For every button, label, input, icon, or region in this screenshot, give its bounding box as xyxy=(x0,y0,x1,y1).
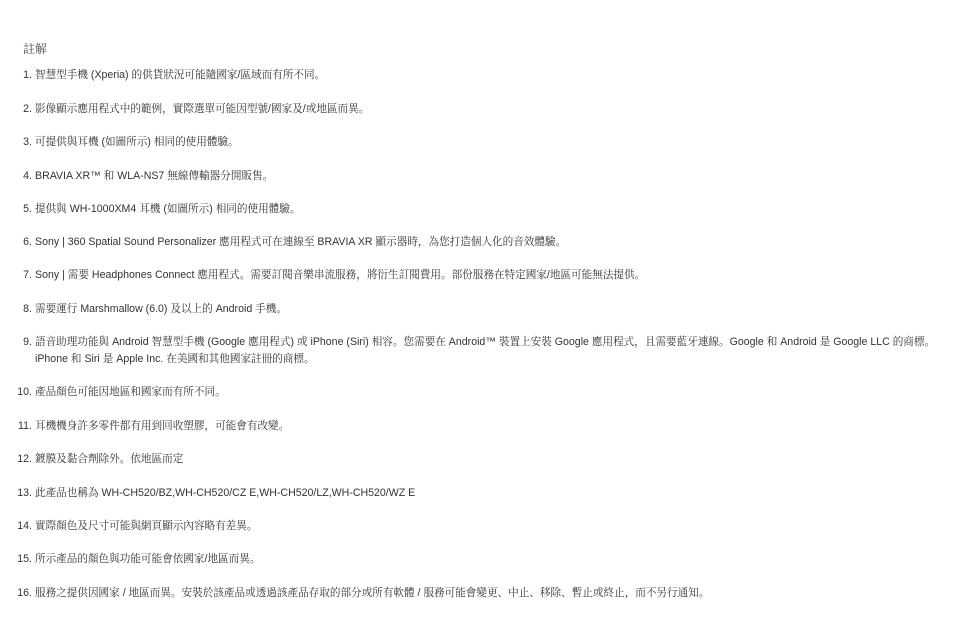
note-text: 語音助理功能與 Android 智慧型手機 (Google 應用程式) 或 iP… xyxy=(35,334,950,367)
note-item-11: 11. 耳機機身許多零件都有用到回收塑膠，可能會有改變。 xyxy=(0,418,950,435)
note-item-1: 1. 智慧型手機 (Xperia) 的供貨狀況可能隨國家/區域而有所不同。 xyxy=(0,67,950,84)
note-text: 可提供與耳機 (如圖所示) 相同的使用體驗。 xyxy=(35,134,950,151)
note-number: 16. xyxy=(0,585,35,602)
note-text: 需要運行 Marshmallow (6.0) 及以上的 Android 手機。 xyxy=(35,301,950,318)
note-text: 提供與 WH-1000XM4 耳機 (如圖所示) 相同的使用體驗。 xyxy=(35,201,950,218)
note-text: 影像顯示應用程式中的範例，實際選單可能因型號/國家及/或地區而異。 xyxy=(35,101,950,118)
note-number: 12. xyxy=(0,451,35,468)
note-item-3: 3. 可提供與耳機 (如圖所示) 相同的使用體驗。 xyxy=(0,134,950,151)
note-text: Sony | 需要 Headphones Connect 應用程式。需要訂閱音樂… xyxy=(35,267,950,284)
note-item-12: 12. 鍍膜及黏合劑除外。依地區而定 xyxy=(0,451,950,468)
note-number: 14. xyxy=(0,518,35,535)
note-text: BRAVIA XR™ 和 WLA-NS7 無線傳輸器分開販售。 xyxy=(35,168,950,185)
note-item-2: 2. 影像顯示應用程式中的範例，實際選單可能因型號/國家及/或地區而異。 xyxy=(0,101,950,118)
notes-title: 註解 xyxy=(23,41,47,57)
note-item-10: 10. 產品顏色可能因地區和國家而有所不同。 xyxy=(0,384,950,401)
note-number: 3. xyxy=(0,134,35,151)
note-number: 2. xyxy=(0,101,35,118)
note-item-13: 13. 此產品也稱為 WH-CH520/BZ,WH-CH520/CZ E,WH-… xyxy=(0,485,950,502)
note-text: 服務之提供因國家 / 地區而異。安裝於該產品或透過該產品存取的部分或所有軟體 /… xyxy=(35,585,950,602)
note-number: 15. xyxy=(0,551,35,568)
note-number: 1. xyxy=(0,67,35,84)
note-number: 9. xyxy=(0,334,35,367)
note-item-5: 5. 提供與 WH-1000XM4 耳機 (如圖所示) 相同的使用體驗。 xyxy=(0,201,950,218)
note-item-15: 15. 所示產品的顏色與功能可能會依國家/地區而異。 xyxy=(0,551,950,568)
note-number: 10. xyxy=(0,384,35,401)
note-item-6: 6. Sony | 360 Spatial Sound Personalizer… xyxy=(0,234,950,251)
note-text: 此產品也稱為 WH-CH520/BZ,WH-CH520/CZ E,WH-CH52… xyxy=(35,485,950,502)
note-number: 11. xyxy=(0,418,35,435)
note-item-9: 9. 語音助理功能與 Android 智慧型手機 (Google 應用程式) 或… xyxy=(0,334,950,367)
note-text: 耳機機身許多零件都有用到回收塑膠，可能會有改變。 xyxy=(35,418,950,435)
note-number: 7. xyxy=(0,267,35,284)
note-item-8: 8. 需要運行 Marshmallow (6.0) 及以上的 Android 手… xyxy=(0,301,950,318)
note-text: 鍍膜及黏合劑除外。依地區而定 xyxy=(35,451,950,468)
note-text: 所示產品的顏色與功能可能會依國家/地區而異。 xyxy=(35,551,950,568)
note-number: 13. xyxy=(0,485,35,502)
note-item-16: 16. 服務之提供因國家 / 地區而異。安裝於該產品或透過該產品存取的部分或所有… xyxy=(0,585,950,602)
note-number: 6. xyxy=(0,234,35,251)
note-item-7: 7. Sony | 需要 Headphones Connect 應用程式。需要訂… xyxy=(0,267,950,284)
note-item-4: 4. BRAVIA XR™ 和 WLA-NS7 無線傳輸器分開販售。 xyxy=(0,168,950,185)
note-text: Sony | 360 Spatial Sound Personalizer 應用… xyxy=(35,234,950,251)
note-text: 產品顏色可能因地區和國家而有所不同。 xyxy=(35,384,950,401)
note-number: 8. xyxy=(0,301,35,318)
note-number: 5. xyxy=(0,201,35,218)
note-text: 智慧型手機 (Xperia) 的供貨狀況可能隨國家/區域而有所不同。 xyxy=(35,67,950,84)
note-text: 實際顏色及尺寸可能與網頁顯示內容略有差異。 xyxy=(35,518,950,535)
note-item-14: 14. 實際顏色及尺寸可能與網頁顯示內容略有差異。 xyxy=(0,518,950,535)
note-number: 4. xyxy=(0,168,35,185)
